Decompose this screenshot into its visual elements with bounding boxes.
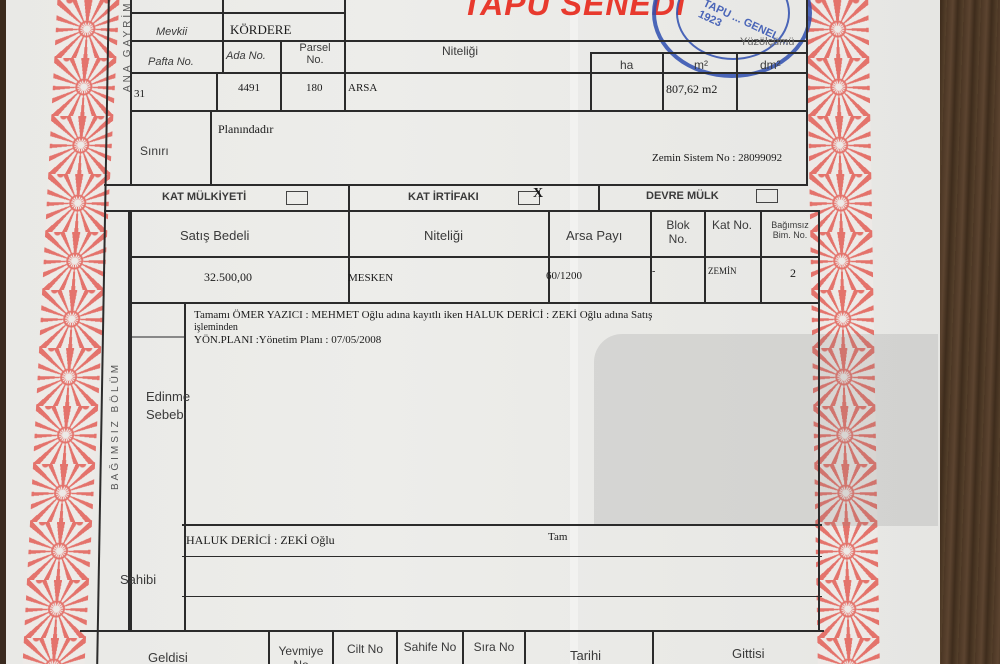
edinme-sebebi-label: Edinme Sebebi <box>146 388 186 424</box>
grid-line <box>130 212 132 632</box>
mevkii-label: Mevkii <box>156 26 187 38</box>
siniri-value: Planındadır <box>218 122 273 137</box>
m2-header: m² <box>694 58 708 72</box>
grid-line <box>130 72 806 74</box>
kat-mulkiyeti-label: KAT MÜLKİYETİ <box>162 191 246 203</box>
grid-line <box>104 184 808 186</box>
kat-mulkiyeti-checkbox[interactable] <box>286 191 308 205</box>
grid-line <box>132 336 184 338</box>
grid-line <box>80 630 824 632</box>
arsa-payi-header: Arsa Payı <box>566 228 622 243</box>
grid-line <box>650 212 652 304</box>
edinme-line-3: YÖN.PLANI :Yönetim Planı : 07/05/2008 <box>194 334 381 346</box>
sahife-header: Sahife No <box>400 640 460 654</box>
ana-gayrimenkul-vertical-label: ANA GAYRİM <box>122 1 133 93</box>
yevmiye-header: Yevmiye No <box>272 644 330 664</box>
kat-no-value: ZEMİN <box>708 266 737 276</box>
tarihi-header: Tarihi <box>570 648 601 663</box>
gittisi-header: Gittisi <box>732 646 765 661</box>
grid-line <box>130 110 806 112</box>
siniri-label: Sınırı <box>140 144 169 158</box>
kat-irtifaki-checkbox[interactable]: X <box>518 191 540 205</box>
niteligi-header: Niteliği <box>442 44 478 58</box>
grid-line <box>348 184 350 212</box>
kat-no-header: Kat No. <box>710 218 754 232</box>
zemin-sistem-no: Zemin Sistem No : 28099092 <box>652 152 782 164</box>
grid-line <box>736 52 738 112</box>
grid-line <box>396 632 398 664</box>
edinme-line-2: işleminden <box>194 322 238 333</box>
niteligi-value: ARSA <box>348 82 377 94</box>
grid-line <box>210 110 212 184</box>
paper-fold <box>570 0 578 664</box>
parsel-header: Parsel No. <box>290 42 340 66</box>
dm2-header: dm² <box>760 58 781 72</box>
ha-header: ha <box>620 58 633 72</box>
niteligi-value-2: MESKEN <box>348 272 393 284</box>
niteligi-header-2: Niteliği <box>424 228 463 243</box>
grid-line <box>332 632 334 664</box>
ada-header: Ada No. <box>226 50 266 62</box>
ada-value: 4491 <box>238 82 260 94</box>
grid-line <box>590 52 592 112</box>
grid-line <box>268 632 270 664</box>
arsa-payi-value: 60/1200 <box>546 270 582 282</box>
grid-line <box>182 524 822 526</box>
frame-line <box>806 0 808 186</box>
grid-line <box>548 212 550 304</box>
bagimsiz-bolum-vertical-label: BAĞIMSIZ BÖLÜM <box>110 362 121 490</box>
grid-line <box>652 632 654 664</box>
grid-line <box>662 52 664 112</box>
bagimsiz-bim-no-header: Bağımsız Bim. No. <box>762 220 818 240</box>
phone-shadow <box>594 334 938 526</box>
check-mark-x: X <box>533 186 543 202</box>
title-deed-form: TAPU SENEDİ TAPU ... GENEL ... 1923 ANA … <box>100 0 820 664</box>
geldisi-header: Geldisi <box>148 650 188 664</box>
stamp-text: TAPU ... GENEL ... 1923 <box>696 0 808 67</box>
satis-bedeli-header: Satış Bedeli <box>180 228 249 243</box>
grid-line <box>348 212 350 304</box>
devre-mulk-checkbox[interactable] <box>756 189 778 203</box>
grid-line <box>130 302 820 304</box>
grid-line <box>184 304 186 630</box>
sira-header: Sıra No <box>466 640 522 654</box>
grid-line <box>130 40 806 42</box>
wood-background <box>930 0 1000 664</box>
grid-line <box>598 184 600 212</box>
grid-line <box>130 12 346 14</box>
grid-line <box>182 596 822 597</box>
grid-line <box>344 0 346 112</box>
mevkii-value: KÖRDERE <box>230 22 291 38</box>
sahibi-name: HALUK DERİCİ : ZEKİ Oğlu <box>186 533 335 548</box>
grid-line <box>104 210 820 212</box>
kat-irtifaki-label: KAT İRTİFAKI <box>408 191 479 203</box>
blok-no-value: - <box>652 266 655 277</box>
edinme-line-1: Tamamı ÖMER YAZICI : MEHMET Oğlu adına k… <box>194 309 652 321</box>
grid-line <box>216 72 218 112</box>
satis-bedeli-value: 32.500,00 <box>204 270 252 285</box>
cilt-header: Cilt No <box>336 642 394 656</box>
grid-line <box>590 52 806 54</box>
grid-line <box>704 212 706 304</box>
grid-line <box>182 556 822 557</box>
sahibi-share: Tam <box>548 531 567 543</box>
frame-line <box>818 212 820 632</box>
pafta-value: 31 <box>134 88 145 100</box>
blok-no-header: Blok No. <box>656 218 700 246</box>
grid-line <box>462 632 464 664</box>
sahibi-label: Sahibi <box>120 572 156 587</box>
grid-line <box>130 256 818 258</box>
grid-line <box>524 632 526 664</box>
m2-value: 807,62 m2 <box>666 82 717 97</box>
grid-line <box>222 0 224 72</box>
pafta-header: Pafta No. <box>148 56 194 68</box>
yuzolcumu-header: Yüzölçümü <box>740 36 794 48</box>
bagimsiz-bim-no-value: 2 <box>790 266 796 281</box>
parsel-value: 180 <box>306 82 323 94</box>
grid-line <box>280 40 282 112</box>
devre-mulk-label: DEVRE MÜLK <box>646 190 719 202</box>
